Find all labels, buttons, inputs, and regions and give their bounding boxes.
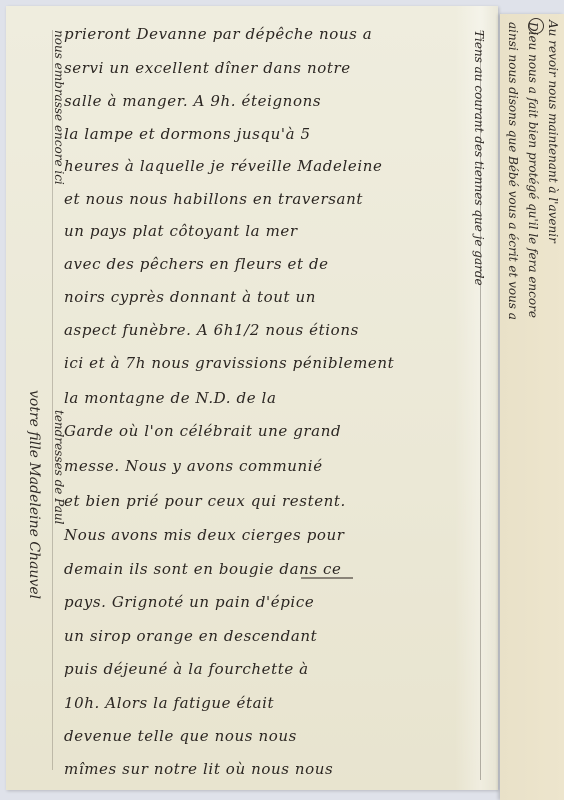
letter-line: noirs cyprès donnant à tout un bbox=[64, 288, 316, 306]
letter-line: Nous avons mis deux cierges pour bbox=[64, 526, 345, 544]
letter-line: devenue telle que nous nous bbox=[64, 727, 297, 745]
margin-note-left-3: tendresses de Paul bbox=[52, 410, 66, 524]
letter-line: prieront Devanne par dépêche nous a bbox=[64, 25, 372, 43]
margin-note-right: Tiens au courant des tiennes que je gard… bbox=[472, 30, 486, 286]
letter-line: puis déjeuné à la fourchette à bbox=[64, 660, 309, 678]
letter-line: salle à manger. A 9h. éteignons bbox=[64, 92, 321, 110]
letter-line: avec des pêchers en fleurs et de bbox=[64, 255, 329, 273]
margin-signature: votre fille Madeleine Chauvel bbox=[26, 390, 42, 599]
letter-line: ici et à 7h nous gravissions péniblement bbox=[64, 354, 394, 372]
letter-line: la montagne de N.D. de la bbox=[64, 389, 277, 407]
letter-line: et bien prié pour ceux qui restent. bbox=[64, 492, 346, 510]
letter-line: pays. Grignoté un pain d'épice bbox=[64, 593, 314, 611]
letter-line: aspect funèbre. A 6h1/2 nous étions bbox=[64, 321, 359, 339]
margin-rule-right bbox=[480, 30, 481, 780]
facing-line-3: ainsi nous disons que Bébé vous a écrit … bbox=[506, 22, 520, 320]
letter-line: demain ils sont en bougie dans ce bbox=[64, 560, 342, 578]
letter-line: la lampe et dormons jusqu'à 5 bbox=[64, 125, 311, 143]
facing-line-1: Au revoir nous maintenant à l'avenir bbox=[546, 20, 560, 243]
facing-line-2: Dieu nous a fait bien protégé qu'il le f… bbox=[526, 22, 540, 318]
letter-line: un sirop orange en descendant bbox=[64, 627, 317, 645]
letter-line: et nous nous habillons en traversant bbox=[64, 190, 363, 208]
margin-note-left-1: nous embrasse encore ici bbox=[52, 30, 66, 185]
letter-line: servi un excellent dîner dans notre bbox=[64, 59, 351, 77]
margin-rule-left bbox=[52, 30, 53, 770]
letter-line: un pays plat côtoyant la mer bbox=[64, 222, 298, 240]
letter-line: messe. Nous y avons communié bbox=[64, 457, 323, 475]
letter-line: mîmes sur notre lit où nous nous bbox=[64, 760, 333, 778]
letter-line: heures à laquelle je réveille Madeleine bbox=[64, 157, 382, 175]
letter-line: 10h. Alors la fatigue était bbox=[64, 694, 274, 712]
underline-mark bbox=[301, 577, 353, 579]
letter-line: Garde où l'on célébrait une grand bbox=[64, 422, 341, 440]
